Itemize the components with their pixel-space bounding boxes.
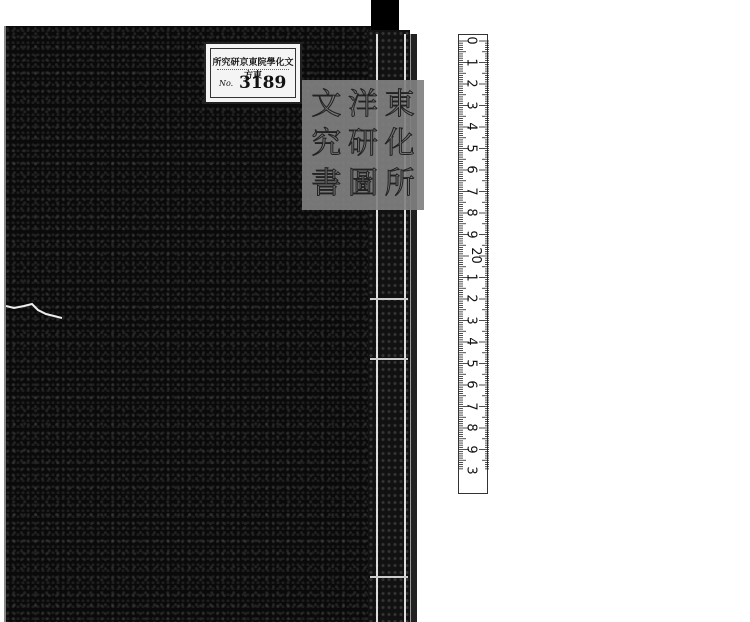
ruler-number: 7 [464, 402, 479, 410]
book-top-tab [371, 0, 399, 30]
ruler-number: 4 [464, 122, 479, 130]
ruler-number: 5 [464, 359, 479, 367]
seal-character: 書 [308, 165, 345, 204]
spine-stitch [370, 298, 408, 300]
ruler-number: 2 [464, 294, 479, 302]
ruler-number: 9 [464, 445, 479, 453]
seal-stamp: 東化所洋研圖文究書 [302, 80, 424, 210]
ruler-number: 5 [464, 144, 479, 152]
seal-character: 究 [308, 125, 345, 164]
seal-character: 圖 [345, 165, 382, 204]
ruler-number: 8 [464, 423, 479, 431]
ruler-number: 1 [464, 58, 479, 66]
ruler-number: 6 [464, 380, 479, 388]
seal-character: 洋 [345, 86, 382, 125]
seal-characters: 東化所洋研圖文究書 [308, 86, 418, 204]
ruler-number: 1 [464, 273, 479, 281]
ruler-number: 9 [464, 230, 479, 238]
cover-crack [6, 302, 62, 322]
ruler-number: 8 [464, 208, 479, 216]
label-number-prefix: No. [219, 79, 233, 88]
seal-character: 文 [308, 86, 345, 125]
ruler-number: 3 [464, 101, 479, 109]
seal-character: 化 [381, 125, 418, 164]
label-rule [217, 69, 289, 70]
spine-stitch [370, 576, 408, 578]
label-frame: 所究研京東院學化文方東 No. 3189 [210, 48, 296, 98]
ruler-number: 3 [464, 466, 479, 474]
measuring-ruler: 0123456789201234567893 [458, 34, 488, 494]
label-number: 3189 [239, 73, 286, 93]
ruler-number: 20 [468, 247, 483, 264]
library-label: 所究研京東院學化文方東 No. 3189 [204, 42, 302, 104]
seal-character: 研 [345, 125, 382, 164]
ruler-number: 3 [464, 316, 479, 324]
spine-stitch [370, 358, 408, 360]
ruler-number: 2 [464, 79, 479, 87]
ruler-number: 0 [464, 36, 479, 44]
ruler-number: 4 [464, 337, 479, 345]
ruler-number: 6 [464, 165, 479, 173]
seal-character: 所 [381, 165, 418, 204]
ruler-number: 7 [464, 187, 479, 195]
seal-character: 東 [381, 86, 418, 125]
